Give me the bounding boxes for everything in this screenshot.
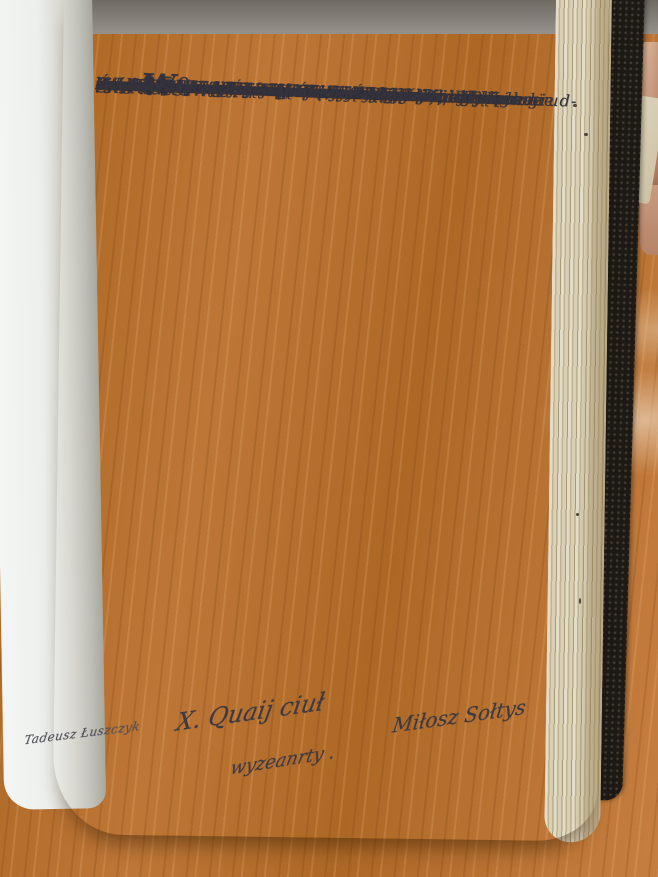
photo-scene: W 250 letnią rocznicę wspaniałegozwycięs…: [0, 0, 658, 877]
